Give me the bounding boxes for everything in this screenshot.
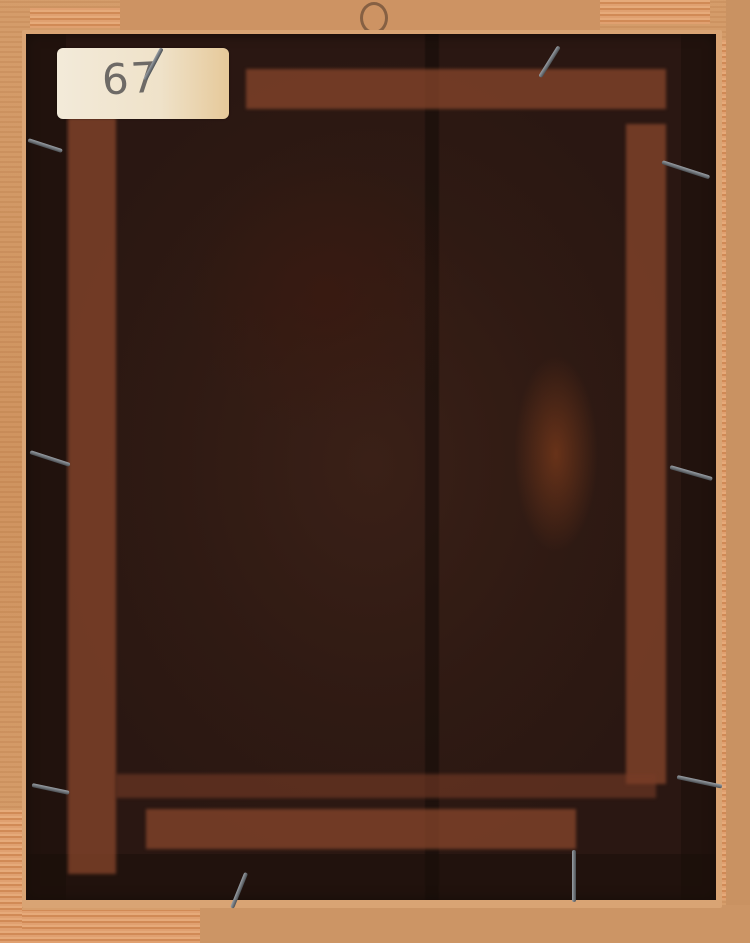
plate-dark-edge-right bbox=[681, 34, 716, 900]
kraft-paper-backing-bottom bbox=[200, 905, 750, 943]
copper-band-bottom bbox=[146, 809, 576, 849]
frame-left-wood bbox=[0, 810, 22, 930]
copper-band-right bbox=[626, 124, 666, 784]
nail-icon bbox=[572, 850, 576, 902]
frame-bottom-wood bbox=[0, 910, 200, 943]
frame-top-wood bbox=[30, 8, 120, 28]
copper-band-top bbox=[246, 69, 666, 109]
inventory-label: 67 bbox=[57, 48, 229, 119]
copper-band-left bbox=[68, 114, 116, 874]
copper-plate-back bbox=[26, 34, 716, 900]
plate-dark-edge-bottom bbox=[26, 854, 716, 900]
frame-top-right-wood bbox=[600, 0, 710, 24]
kraft-paper-backing-right bbox=[726, 0, 750, 943]
copper-band-lower bbox=[116, 774, 656, 798]
plate-dark-edge-left bbox=[26, 34, 66, 900]
